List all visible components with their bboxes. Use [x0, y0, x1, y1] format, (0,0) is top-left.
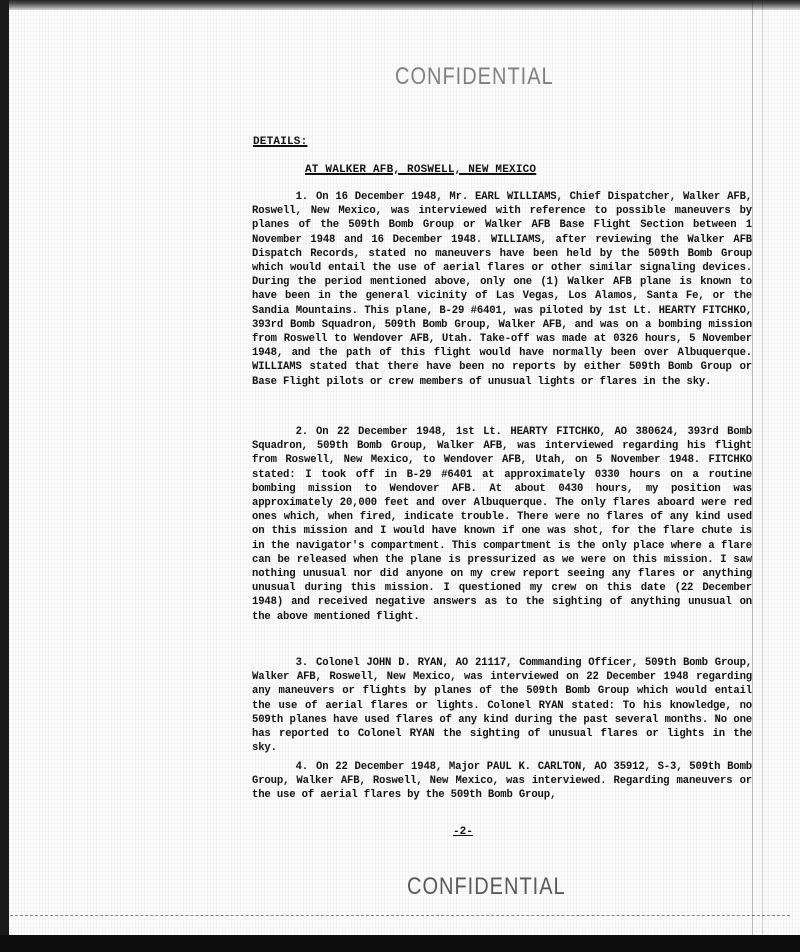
scan-top-edge	[0, 0, 800, 10]
paragraph-text: Colonel JOHN D. RYAN, AO 21117, Commandi…	[252, 657, 752, 754]
paragraph-1: 1.On 16 December 1948, Mr. EARL WILLIAMS…	[252, 190, 752, 389]
page-number: -2-	[453, 826, 473, 838]
paragraph-text: On 22 December 1948, Major PAUL K. CARLT…	[252, 761, 752, 801]
scanned-document-page: CONFIDENTIAL DETAILS: AT WALKER AFB, ROS…	[0, 0, 800, 952]
paragraph-number: 1.	[252, 190, 316, 204]
scan-fold-line	[10, 915, 790, 916]
paragraph-text: On 16 December 1948, Mr. EARL WILLIAMS, …	[252, 191, 752, 388]
scan-bottom-edge	[0, 935, 800, 952]
paragraph-number: 3.	[252, 656, 316, 670]
classification-stamp-top: CONFIDENTIAL	[395, 64, 554, 92]
paragraph-3: 3.Colonel JOHN D. RYAN, AO 21117, Comman…	[252, 656, 752, 755]
paragraph-4: 4.On 22 December 1948, Major PAUL K. CAR…	[252, 760, 752, 803]
paragraph-2: 2.On 22 December 1948, 1st Lt. HEARTY FI…	[252, 425, 752, 624]
classification-stamp-bottom: CONFIDENTIAL	[407, 874, 566, 902]
scan-margin-line	[752, 0, 753, 952]
scan-margin-line-secondary	[762, 0, 763, 952]
location-heading: AT WALKER AFB, ROSWELL, NEW MEXICO	[305, 164, 536, 176]
scan-left-edge	[0, 0, 9, 952]
paragraph-number: 2.	[252, 425, 316, 439]
paragraph-number: 4.	[252, 760, 316, 774]
section-heading: DETAILS:	[253, 136, 307, 148]
paragraph-text: On 22 December 1948, 1st Lt. HEARTY FITC…	[252, 426, 752, 623]
